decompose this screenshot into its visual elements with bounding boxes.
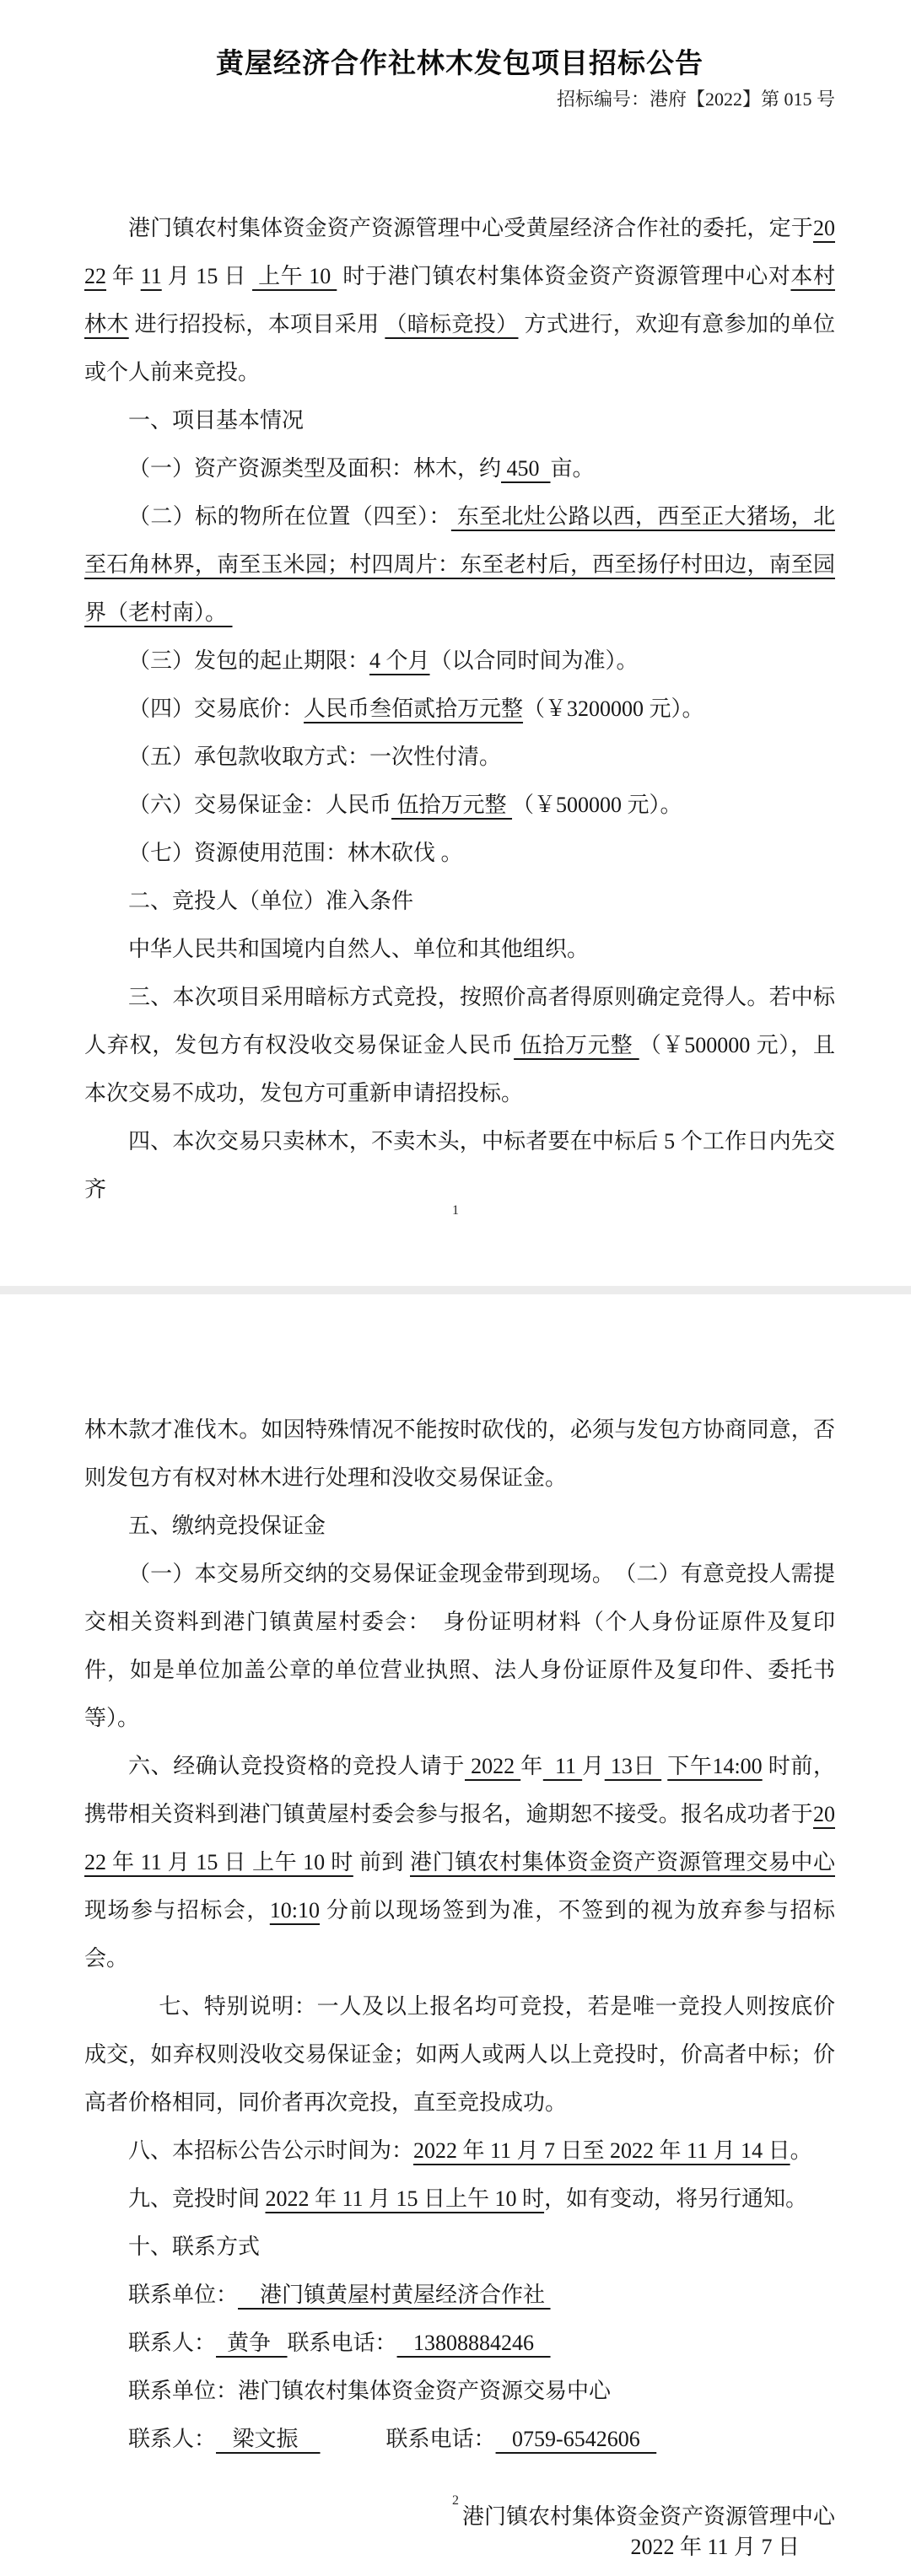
text-run: 联系电话：	[321, 2427, 496, 2451]
underlined-text-run: 2022 年 11 月 15 日上午 10 时	[266, 2186, 545, 2211]
paragraph-item-1-1: （一）资产资源类型及面积：林木，约 450 亩。	[84, 444, 835, 492]
paragraph-section-3: 三、本次项目采用暗标方式竞投，按照价高者得原则确定竞得人。若中标人弃权，发包方有…	[84, 973, 835, 1117]
text-run: 亩。	[551, 456, 595, 481]
underlined-text-run: 梁文振	[216, 2427, 321, 2451]
text-run: 年	[520, 1754, 543, 1778]
text-run: （以合同时间为准）。	[430, 648, 639, 673]
paragraph-item-1-3: （三）发包的起止期限：4 个月（以合同时间为准）。	[84, 637, 835, 685]
text-run: （二）标的物所在位置（四至）：	[128, 504, 451, 529]
paragraph-item-1-2: （二）标的物所在位置（四至）： 东至北灶公路以西，西至正大猪场，北至石角林界，南…	[84, 492, 835, 637]
paragraph-section-4-cont: 林木款才准伐木。如因特殊情况不能按时砍伐的，必须与发包方协商同意，否则发包方有权…	[84, 1406, 835, 1502]
document-title: 黄屋经济合作社林木发包项目招标公告	[84, 46, 835, 80]
text-run: 四、本次交易只卖林木，不卖木头，中标者要在中标后 5 个工作日内先交齐	[84, 1129, 835, 1202]
text-run: 林木款才准伐木。如因特殊情况不能按时砍伐的，必须与发包方协商同意，否则发包方有权…	[84, 1417, 835, 1490]
underlined-text-run: 伍拾万元整	[514, 1033, 639, 1057]
paragraph-item-1-4: （四）交易底价：人民币叁佰贰拾万元整（￥3200000 元）。	[84, 685, 835, 733]
text-run: （一）本交易所交纳的交易保证金现金带到现场。 （二）有意竞投人需提交相关资料到港…	[84, 1562, 835, 1730]
document-root: 黄屋经济合作社林木发包项目招标公告 招标编号：港府【2022】第 015 号 港…	[0, 0, 911, 2576]
underlined-text-run: （暗标竞投）	[385, 312, 518, 336]
text-run: 前到	[353, 1850, 410, 1874]
page-2: 林木款才准伐木。如因特殊情况不能按时砍伐的，必须与发包方协商同意，否则发包方有权…	[0, 1294, 911, 2576]
text-run: 联系单位：	[128, 2283, 238, 2307]
underlined-text-run: 0759-6542606	[496, 2427, 657, 2451]
underlined-text-run: 450	[501, 456, 551, 481]
text-run: 时于港门镇农村集体资金资产资源管理中心对	[337, 264, 790, 288]
underlined-text-run: 13日	[605, 1754, 661, 1778]
page-1: 黄屋经济合作社林木发包项目招标公告 招标编号：港府【2022】第 015 号 港…	[0, 0, 911, 1286]
paragraph-section-9: 九、竞投时间 2022 年 11 月 15 日上午 10 时，如有变动，将另行通…	[84, 2175, 835, 2223]
paragraph-item-1-5: （五）承包款收取方式：一次性付清。	[84, 733, 835, 781]
paragraph-section-8: 八、本招标公告公示时间为：2022 年 11 月 7 日至 2022 年 11 …	[84, 2127, 835, 2175]
text-run: 联系人：	[128, 2427, 216, 2451]
text-run: 联系电话：	[288, 2331, 397, 2355]
text-run: 联系单位：港门镇农村集体资金资产资源交易中心	[128, 2379, 611, 2403]
text-run: 现场参与招标会，	[84, 1898, 270, 1923]
text-run: （￥3200000 元）。	[523, 696, 704, 721]
text-run: 五、缴纳竞投保证金	[128, 1514, 326, 1538]
paragraph-section-2: 二、竞投人（单位）准入条件	[84, 877, 835, 925]
paragraph-section-7: 七、特别说明：一人及以上报名均可竞投，若是唯一竞投人则按底价成交，如弃权则没收交…	[84, 1982, 835, 2127]
text-run: 十、联系方式	[128, 2235, 260, 2259]
underlined-text-run: 2022 年 11 月 7 日至 2022 年 11 月 14 日	[413, 2138, 790, 2163]
signature-block: 港门镇农村集体资金资产资源管理中心 2022 年 11 月 7 日	[84, 2502, 835, 2563]
underlined-text-run: 伍拾万元整	[391, 793, 512, 817]
page-number-1: 1	[0, 1203, 911, 1218]
text-run: 联系人：	[128, 2331, 216, 2355]
text-run: 八、本招标公告公示时间为：	[128, 2138, 413, 2163]
underlined-text-run: 4 个月	[369, 648, 430, 673]
underlined-text-run: 2022	[465, 1754, 520, 1778]
text-run: （七）资源使用范围：林木砍伐 。	[128, 841, 463, 865]
underlined-text-run: 港门镇农村集体资金资产资源管理交易中心	[410, 1850, 835, 1874]
underlined-text-run: 上午 10	[252, 264, 337, 288]
text-run: 一、项目基本情况	[128, 408, 304, 433]
text-run: 月	[582, 1754, 605, 1778]
page-2-body: 林木款才准伐木。如因特殊情况不能按时砍伐的，必须与发包方协商同意，否则发包方有权…	[84, 1406, 835, 2463]
text-run: 进行招投标，本项目采用	[129, 312, 385, 336]
text-run: （四）交易底价：	[128, 696, 304, 721]
paragraph-contact-org-1: 联系单位： 港门镇黄屋村黄屋经济合作社	[84, 2271, 835, 2319]
paragraph-section-4: 四、本次交易只卖林木，不卖木头，中标者要在中标后 5 个工作日内先交齐	[84, 1117, 835, 1213]
text-run: ，如有变动，将另行通知。	[544, 2186, 807, 2211]
text-run: 六、经确认竞投资格的竞投人请于	[128, 1754, 465, 1778]
text-run: （六）交易保证金：人民币	[128, 793, 391, 817]
text-run: 年	[106, 264, 141, 288]
text-run: 。	[790, 2138, 812, 2163]
tender-number: 招标编号：港府【2022】第 015 号	[84, 87, 835, 112]
underlined-text-run: 11	[141, 264, 162, 288]
paragraph-section-2-body: 中华人民共和国境内自然人、单位和其他组织。	[84, 925, 835, 973]
underlined-text-run: 10:10	[270, 1898, 320, 1923]
underlined-text-run: 港门镇黄屋村黄屋经济合作社	[238, 2283, 551, 2307]
page-divider	[0, 1286, 911, 1294]
paragraph-contact-person-1: 联系人： 黄争 联系电话： 13808884246	[84, 2319, 835, 2367]
underlined-text-run: 人民币叁佰贰拾万元整	[304, 696, 523, 721]
text-run: 港门镇农村集体资金资产资源管理中心受黄屋经济合作社的委托，定于	[128, 216, 813, 240]
underlined-text-run: 11	[543, 1754, 582, 1778]
paragraph-section-1: 一、项目基本情况	[84, 396, 835, 444]
paragraph-item-1-7: （七）资源使用范围：林木砍伐 。	[84, 829, 835, 877]
text-run: （三）发包的起止期限：	[128, 648, 369, 673]
page-number-2: 2	[0, 2493, 911, 2509]
underlined-text-run: 13808884246	[397, 2331, 551, 2355]
text-run: 九、竞投时间	[128, 2186, 266, 2211]
paragraph-contact-org-2: 联系单位：港门镇农村集体资金资产资源交易中心	[84, 2367, 835, 2415]
paragraph-intro: 港门镇农村集体资金资产资源管理中心受黄屋经济合作社的委托，定于2022 年 11…	[84, 204, 835, 396]
text-run: （￥500000 元）。	[512, 793, 682, 817]
paragraph-item-1-6: （六）交易保证金：人民币 伍拾万元整 （￥500000 元）。	[84, 781, 835, 829]
paragraph-contact-person-2: 联系人： 梁文振 联系电话： 0759-6542606	[84, 2415, 835, 2463]
page-1-body: 港门镇农村集体资金资产资源管理中心受黄屋经济合作社的委托，定于2022 年 11…	[84, 204, 835, 1213]
paragraph-section-5-body: （一）本交易所交纳的交易保证金现金带到现场。 （二）有意竞投人需提交相关资料到港…	[84, 1550, 835, 1742]
text-run: （一）资产资源类型及面积：林木，约	[128, 456, 501, 481]
underlined-text-run: 下午14:00	[667, 1754, 762, 1778]
paragraph-section-6: 六、经确认竞投资格的竞投人请于 2022 年 11 月 13日 下午14:00 …	[84, 1742, 835, 1982]
signature-date: 2022 年 11 月 7 日	[84, 2532, 835, 2563]
text-run: （五）承包款收取方式：一次性付清。	[128, 745, 501, 769]
text-run: 七、特别说明：一人及以上报名均可竞投，若是唯一竞投人则按底价成交，如弃权则没收交…	[84, 1994, 835, 2115]
underlined-text-run: 黄争	[216, 2331, 288, 2355]
text-run: 月 15 日	[162, 264, 252, 288]
paragraph-section-10: 十、联系方式	[84, 2223, 835, 2271]
text-run: 中华人民共和国境内自然人、单位和其他组织。	[128, 937, 589, 961]
text-run: 二、竞投人（单位）准入条件	[128, 889, 413, 913]
paragraph-section-5: 五、缴纳竞投保证金	[84, 1502, 835, 1550]
